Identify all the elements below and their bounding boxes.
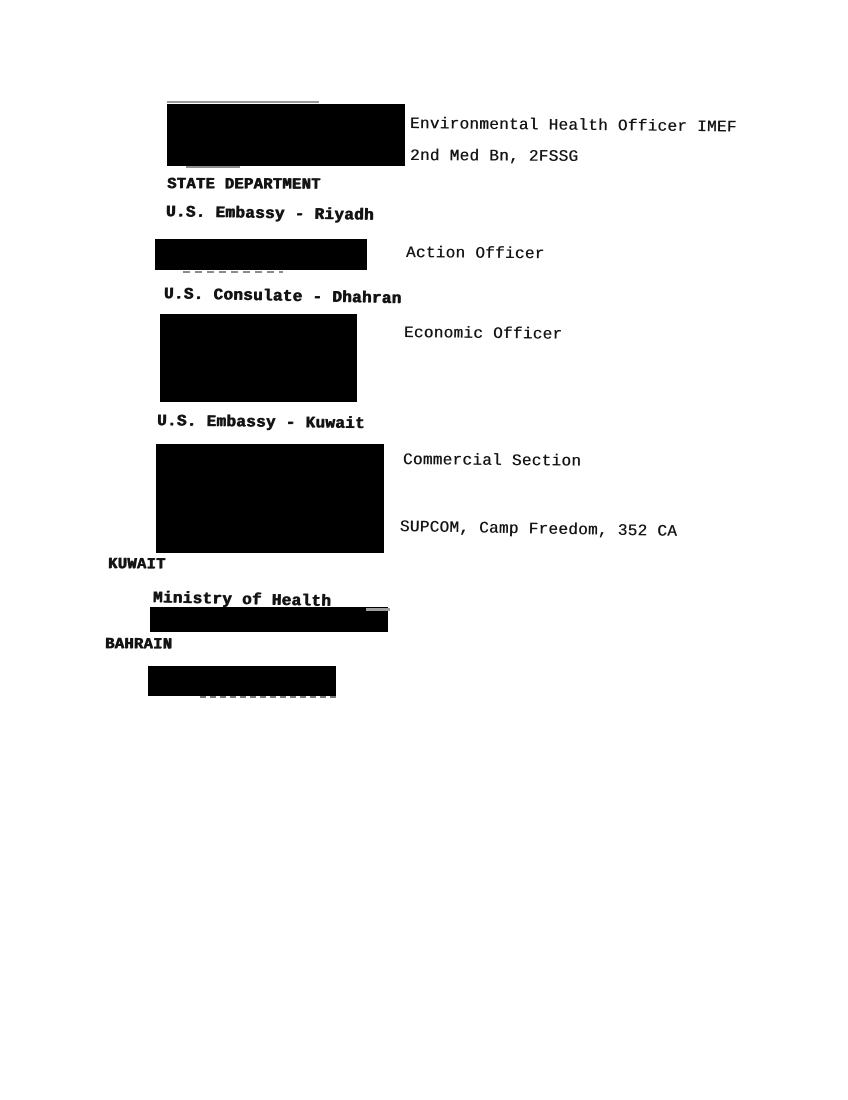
role-line-economic-officer: Economic Officer: [404, 324, 563, 345]
subheading-us-embassy-riyadh: U.S. Embassy - Riyadh: [166, 203, 374, 226]
role-line-environmental-health-officer: Environmental Health Officer IMEF: [410, 115, 737, 137]
subheading-us-embassy-kuwait: U.S. Embassy - Kuwait: [157, 412, 365, 434]
role-line-action-officer: Action Officer: [406, 244, 545, 264]
scan-artifact: [167, 101, 319, 103]
scan-artifact: [200, 696, 336, 698]
role-line-commercial-section: Commercial Section: [403, 451, 581, 472]
scan-artifact: [366, 608, 390, 611]
redaction-block-imef-name: [167, 104, 405, 166]
role-line-2nd-med-bn: 2nd Med Bn, 2FSSG: [410, 147, 578, 167]
heading-kuwait: KUWAIT: [108, 555, 166, 574]
redaction-block-bahrain-entry: [148, 666, 336, 696]
role-line-supcom-camp-freedom: SUPCOM, Camp Freedom, 352 CA: [400, 518, 678, 542]
document-page: Environmental Health Officer IMEF 2nd Me…: [0, 0, 848, 1100]
redaction-block-riyadh-name: [155, 239, 367, 270]
scan-artifact: [186, 166, 240, 168]
redaction-block-dhahran-name: [160, 314, 357, 402]
scan-artifact: [183, 271, 283, 273]
subheading-us-consulate-dhahran: U.S. Consulate - Dhahran: [164, 285, 402, 309]
redaction-block-kuwait-embassy-name: [156, 444, 384, 553]
heading-state-department: STATE DEPARTMENT: [167, 175, 321, 195]
redaction-block-ministry-name: [150, 607, 388, 632]
heading-bahrain: BAHRAIN: [105, 635, 172, 654]
